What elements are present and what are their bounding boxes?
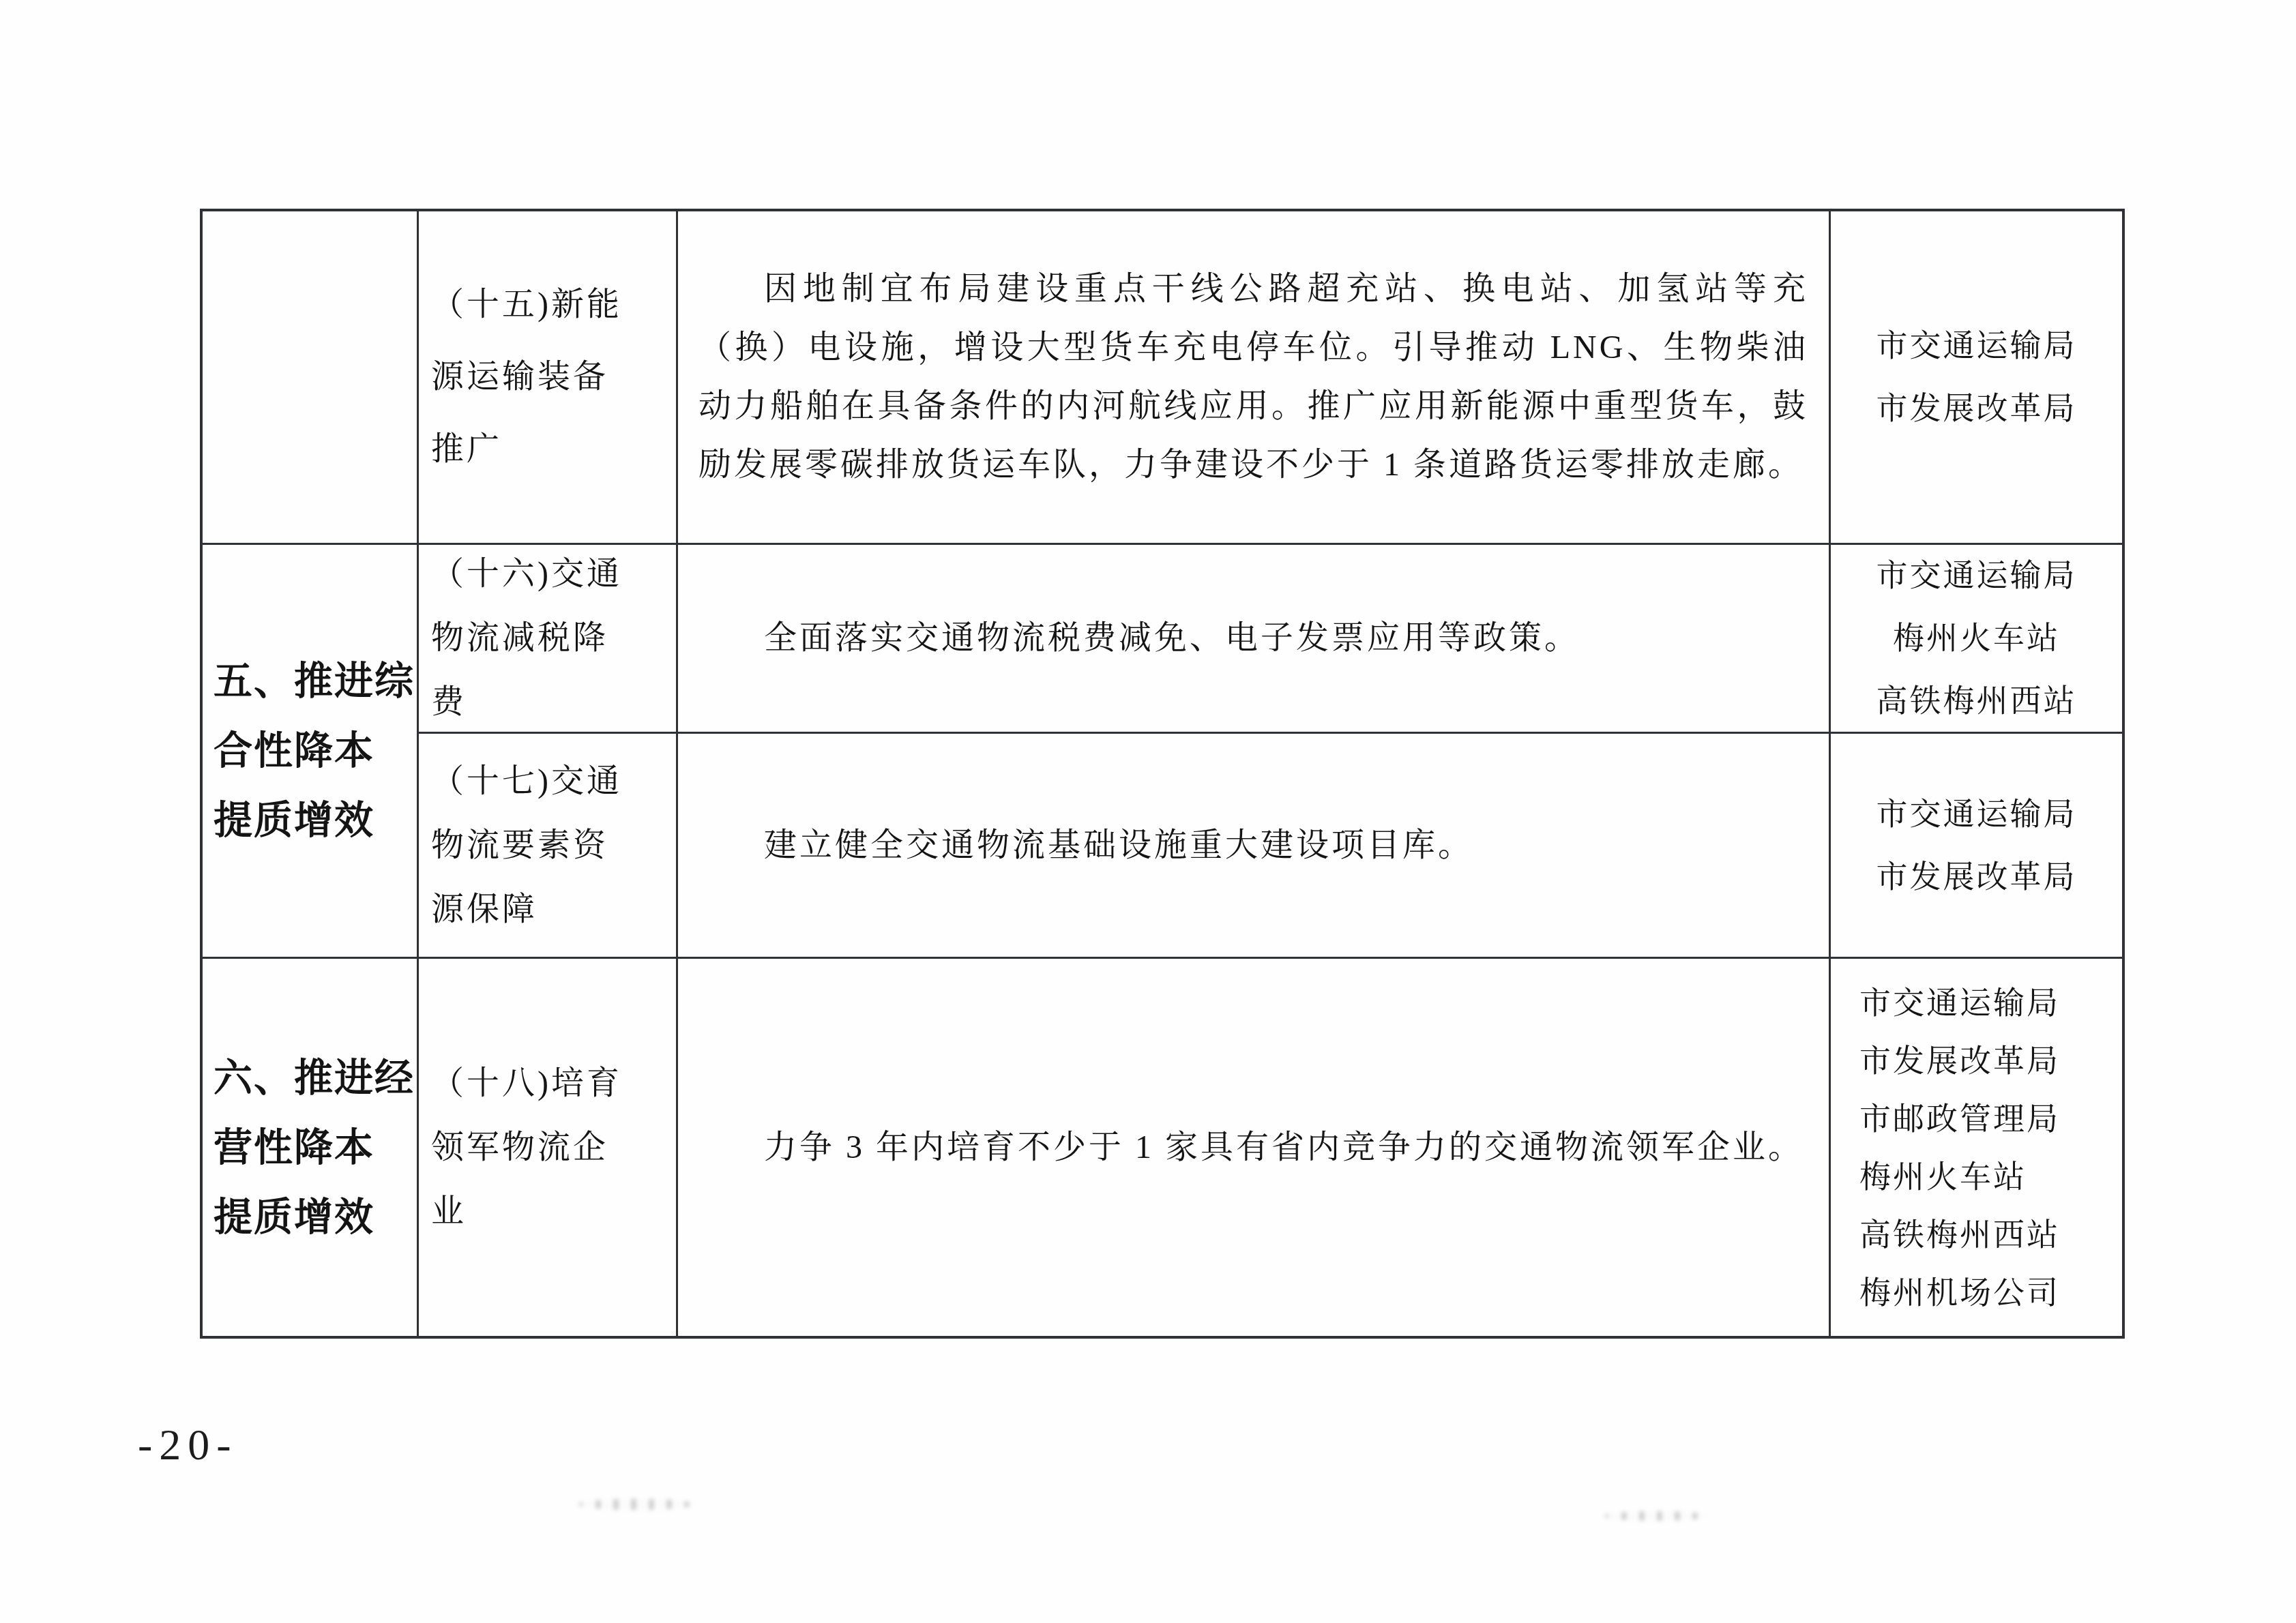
measure-cell-16: （十六)交通 物流减税降 费 — [419, 545, 678, 734]
task-cell-15: 因地制宜布局建设重点干线公路超充站、换电站、加氢站等充（换）电设施，增设大型货车… — [678, 211, 1831, 545]
measure-cell-18: （十八)培育 领军物流企 业 — [419, 959, 678, 1336]
task-cell-18: 力争 3 年内培育不少于 1 家具有省内竞争力的交通物流领军企业。 — [678, 959, 1831, 1336]
agencies-cell-16: 市交通运输局 梅州火车站 高铁梅州西站 — [1831, 545, 2122, 734]
action-plan-table: （十五)新能 源运输装备 推广 因地制宜布局建设重点干线公路超充站、换电站、加氢… — [200, 209, 2125, 1339]
section-cell-6: 六、推进经 营性降本 提质增效 — [203, 959, 419, 1336]
agencies-cell-17: 市交通运输局 市发展改革局 — [1831, 734, 2122, 959]
task-text-16: 全面落实交通物流税费减免、电子发票应用等政策。 — [698, 609, 1808, 668]
agencies-cell-15: 市交通运输局 市发展改革局 — [1831, 211, 2122, 545]
scan-artifact-right — [1604, 1511, 1707, 1521]
agencies-cell-18: 市交通运输局 市发展改革局 市邮政管理局 梅州火车站 高铁梅州西站 梅州机场公司 — [1831, 959, 2122, 1336]
section-cell-empty — [203, 211, 419, 545]
task-cell-17: 建立健全交通物流基础设施重大建设项目库。 — [678, 734, 1831, 959]
document-page: （十五)新能 源运输装备 推广 因地制宜布局建设重点干线公路超充站、换电站、加氢… — [0, 0, 2296, 1623]
task-text-17: 建立健全交通物流基础设施重大建设项目库。 — [698, 816, 1808, 875]
page-number: -20- — [138, 1420, 238, 1470]
measure-cell-17: （十七)交通 物流要素资 源保障 — [419, 734, 678, 959]
task-cell-16: 全面落实交通物流税费减免、电子发票应用等政策。 — [678, 545, 1831, 734]
task-text-15: 因地制宜布局建设重点干线公路超充站、换电站、加氢站等充（换）电设施，增设大型货车… — [698, 260, 1808, 494]
section-cell-5: 五、推进综 合性降本 提质增效 — [203, 545, 419, 959]
scan-artifact-left — [578, 1499, 694, 1510]
task-text-18: 力争 3 年内培育不少于 1 家具有省内竞争力的交通物流领军企业。 — [698, 1118, 1808, 1177]
measure-cell-15: （十五)新能 源运输装备 推广 — [419, 211, 678, 545]
